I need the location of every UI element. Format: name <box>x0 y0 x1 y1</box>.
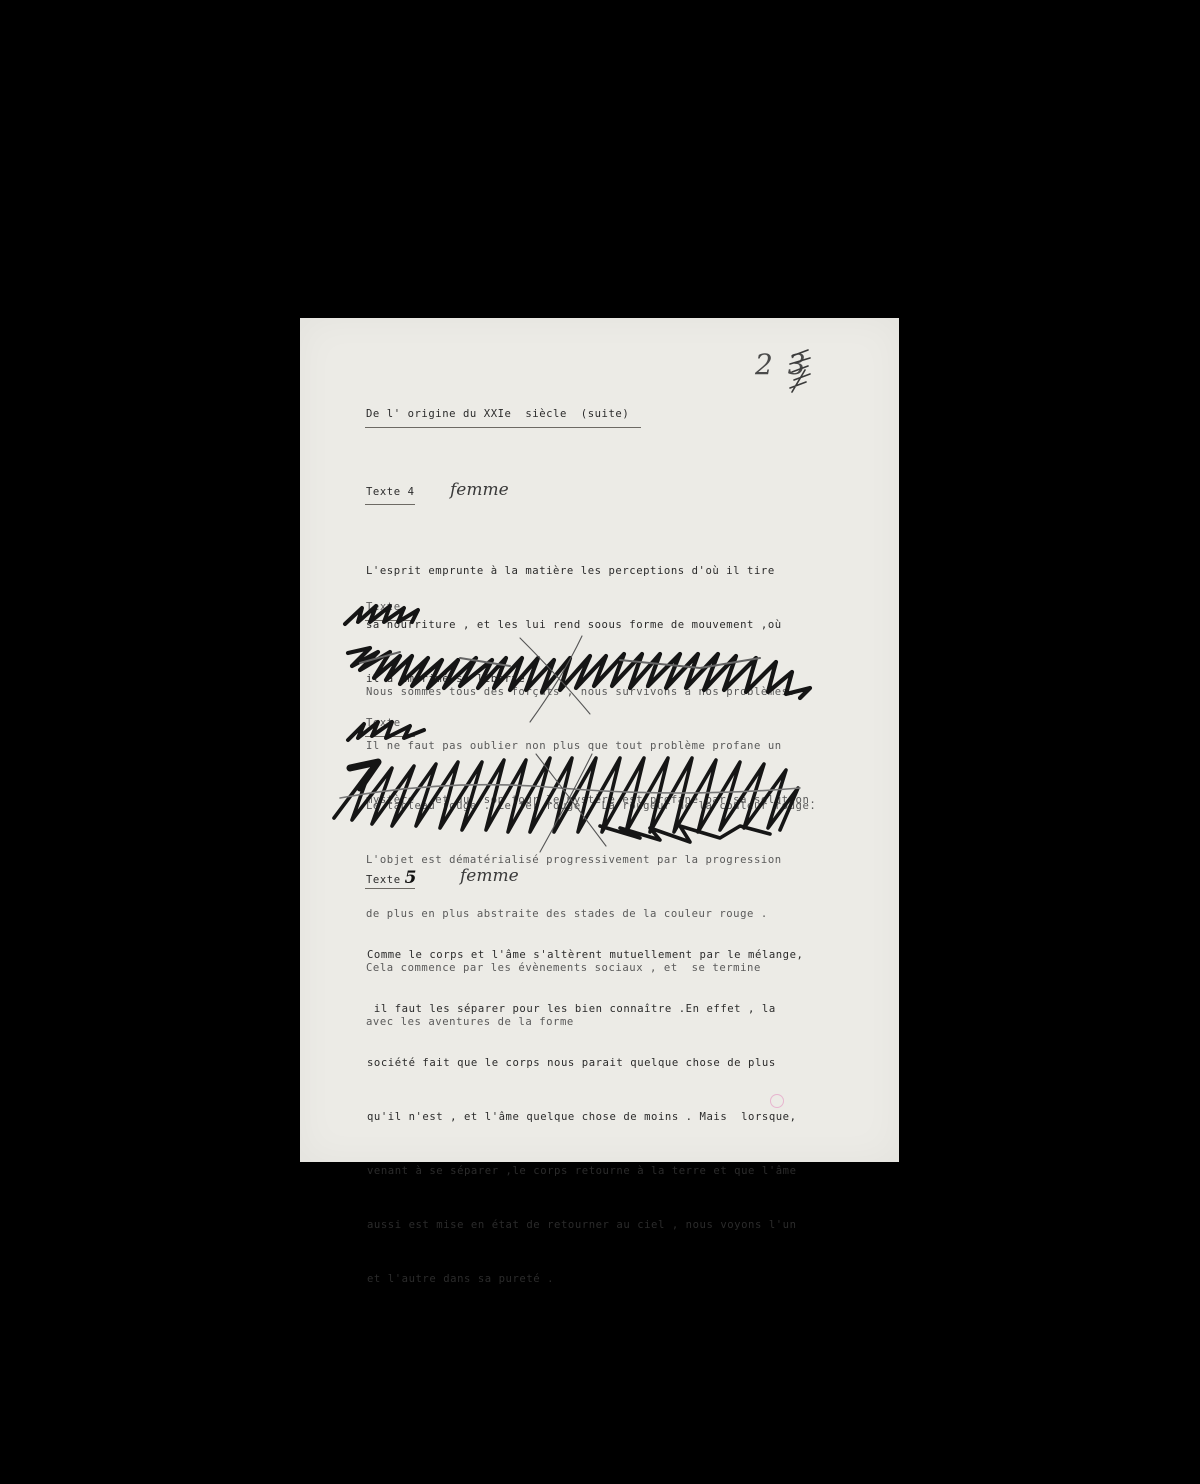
text-line: venant à se séparer ,le corps retourne à… <box>367 1162 803 1180</box>
text-line: société fait que le corps nous parait qu… <box>367 1054 803 1072</box>
stamp-mark <box>770 1094 784 1108</box>
page-number-old: 3 <box>788 348 806 381</box>
heading-underline <box>365 504 415 505</box>
text-line: sa nourriture , et les lui rend soous fo… <box>366 616 782 634</box>
document-title: De l' origine du XXIe siècle (suite) <box>366 408 629 420</box>
section-heading-crossed: Texte <box>366 717 401 729</box>
document-page: 2 3 De l' origine du XXIe siècle (suite)… <box>300 318 899 1162</box>
handwritten-number: 5 <box>405 868 417 888</box>
section-heading-crossed: Texte <box>366 601 401 613</box>
section-heading-texte-4: Texte 4 <box>366 486 415 498</box>
section-heading-texte-5: Texte 5 <box>366 868 416 888</box>
paragraph-texte-5: Comme le corps et l'âme s'altèrent mutue… <box>367 910 803 1324</box>
handwritten-annotation: femme <box>460 866 519 886</box>
heading-underline <box>365 736 415 737</box>
page-number-current: 2 <box>755 348 773 381</box>
title-underline <box>365 427 641 428</box>
heading-label: Texte <box>366 874 401 886</box>
heading-underline <box>365 888 415 889</box>
text-line: Le tableau rouge . Le fer rouge . La rou… <box>366 797 816 815</box>
text-line: aussi est mise en état de retourner au c… <box>367 1216 803 1234</box>
page-number: 2 3 <box>755 348 806 381</box>
heading-underline <box>365 620 415 621</box>
text-line: Nous sommes tous des forçats , nous surv… <box>366 683 816 701</box>
text-line: L'objet est dématérialisé progressivemen… <box>366 851 816 869</box>
text-line: Comme le corps et l'âme s'altèrent mutue… <box>367 946 803 964</box>
page-number-crossed: 3 <box>788 348 806 381</box>
handwritten-annotation: femme <box>450 480 509 500</box>
text-line: qu'il n'est , et l'âme quelque chose de … <box>367 1108 803 1126</box>
text-line: L'esprit emprunte à la matière les perce… <box>366 562 782 580</box>
text-line: il faut les séparer pour les bien connaî… <box>367 1000 803 1018</box>
text-line: et l'autre dans sa pureté . <box>367 1270 803 1288</box>
text-line: Il ne faut pas oublier non plus que tout… <box>366 737 816 755</box>
